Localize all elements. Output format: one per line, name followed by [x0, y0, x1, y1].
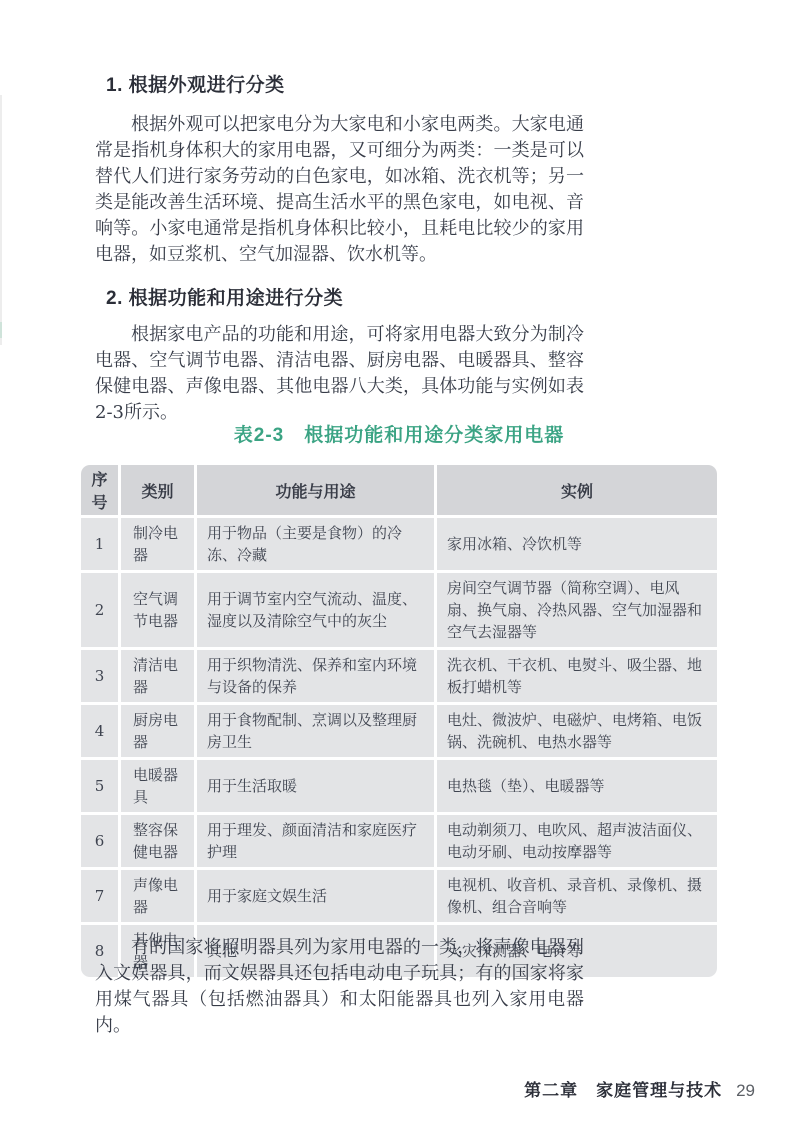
textbook-page: 1. 根据外观进行分类 根据外观可以把家电分为大家电和小家电两类。大家电通常是指…: [0, 0, 793, 1122]
page-footer: 第二章 家庭管理与技术29: [524, 1076, 755, 1101]
appliance-classification-table: 序号 类别 功能与用途 实例 1 制冷电器 用于物品（主要是食物）的冷冻、冷藏 …: [78, 462, 720, 980]
cell-function: 用于生活取暖: [197, 760, 434, 812]
paragraph-appearance-classification: 根据外观可以把家电分为大家电和小家电两类。大家电通常是指机身体积大的家用电器，又…: [95, 112, 584, 268]
cell-function: 用于家庭文娱生活: [197, 870, 434, 922]
section-heading-appearance: 1. 根据外观进行分类: [106, 70, 586, 97]
col-header-no: 序号: [81, 465, 118, 515]
table-row: 2 空气调节电器 用于调节室内空气流动、温度、湿度以及清除空气中的灰尘 房间空气…: [81, 573, 717, 647]
cell-no: 3: [81, 650, 118, 702]
cell-category: 厨房电器: [121, 705, 194, 757]
cell-examples: 家用冰箱、冷饮机等: [437, 518, 717, 570]
cell-category: 电暖器具: [121, 760, 194, 812]
col-header-examples: 实例: [437, 465, 717, 515]
table-row: 3 清洁电器 用于织物清洗、保养和室内环境与设备的保养 洗衣机、干衣机、电熨斗、…: [81, 650, 717, 702]
cell-examples: 洗衣机、干衣机、电熨斗、吸尘器、地板打蜡机等: [437, 650, 717, 702]
cell-function: 用于理发、颜面清洁和家庭医疗护理: [197, 815, 434, 867]
cell-examples: 电动剃须刀、电吹风、超声波洁面仪、电动牙刷、电动按摩器等: [437, 815, 717, 867]
cell-no: 1: [81, 518, 118, 570]
cell-function: 用于织物清洗、保养和室内环境与设备的保养: [197, 650, 434, 702]
paragraph-function-classification: 根据家电产品的功能和用途，可将家用电器大致分为制冷电器、空气调节电器、清洁电器、…: [95, 322, 584, 426]
table-row: 6 整容保健电器 用于理发、颜面清洁和家庭医疗护理 电动剃须刀、电吹风、超声波洁…: [81, 815, 717, 867]
page-scan-edge-mark: [0, 322, 2, 338]
table-header-row: 序号 类别 功能与用途 实例: [81, 465, 717, 515]
cell-no: 5: [81, 760, 118, 812]
cell-category: 整容保健电器: [121, 815, 194, 867]
cell-examples: 房间空气调节器（简称空调）、电风扇、换气扇、冷热风器、空气加湿器和空气去湿器等: [437, 573, 717, 647]
cell-examples: 电热毯（垫）、电暖器等: [437, 760, 717, 812]
cell-examples: 电视机、收音机、录音机、录像机、摄像机、组合音响等: [437, 870, 717, 922]
cell-function: 用于食物配制、烹调以及整理厨房卫生: [197, 705, 434, 757]
col-header-category: 类别: [121, 465, 194, 515]
cell-no: 7: [81, 870, 118, 922]
table-caption: 表2-3 根据功能和用途分类家用电器: [78, 420, 720, 447]
col-header-function: 功能与用途: [197, 465, 434, 515]
cell-category: 空气调节电器: [121, 573, 194, 647]
cell-function: 用于物品（主要是食物）的冷冻、冷藏: [197, 518, 434, 570]
paragraph-closing-note: 有的国家将照明器具列为家用电器的一类，将声像电器列入文娱器具，而文娱器具还包括电…: [95, 935, 584, 1039]
table-row: 1 制冷电器 用于物品（主要是食物）的冷冻、冷藏 家用冰箱、冷饮机等: [81, 518, 717, 570]
cell-category: 清洁电器: [121, 650, 194, 702]
table-row: 7 声像电器 用于家庭文娱生活 电视机、收音机、录音机、录像机、摄像机、组合音响…: [81, 870, 717, 922]
cell-function: 用于调节室内空气流动、温度、湿度以及清除空气中的灰尘: [197, 573, 434, 647]
cell-no: 4: [81, 705, 118, 757]
cell-category: 声像电器: [121, 870, 194, 922]
cell-category: 制冷电器: [121, 518, 194, 570]
table-row: 5 电暖器具 用于生活取暖 电热毯（垫）、电暖器等: [81, 760, 717, 812]
page-scan-edge: [0, 95, 2, 345]
section-heading-function: 2. 根据功能和用途进行分类: [106, 283, 586, 310]
cell-no: 6: [81, 815, 118, 867]
cell-no: 2: [81, 573, 118, 647]
table-row: 4 厨房电器 用于食物配制、烹调以及整理厨房卫生 电灶、微波炉、电磁炉、电烤箱、…: [81, 705, 717, 757]
cell-examples: 电灶、微波炉、电磁炉、电烤箱、电饭锅、洗碗机、电热水器等: [437, 705, 717, 757]
footer-chapter-title: 第二章 家庭管理与技术: [524, 1081, 722, 1100]
footer-page-number: 29: [736, 1081, 755, 1100]
